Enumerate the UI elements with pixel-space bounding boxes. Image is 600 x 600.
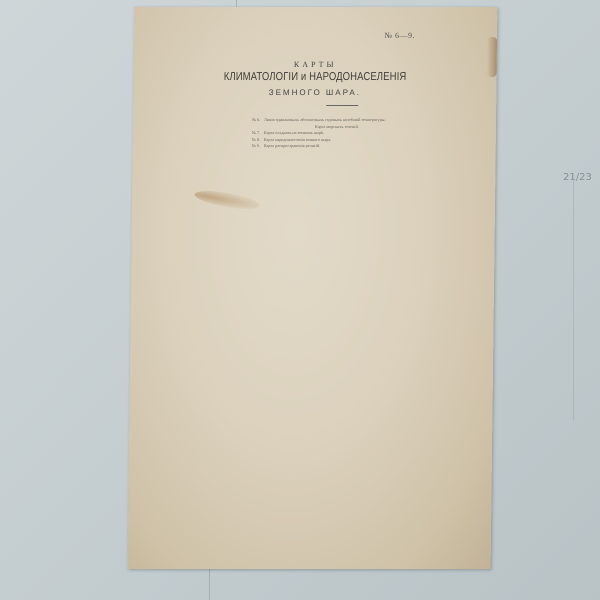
edge-stain — [487, 37, 497, 77]
contents-item: № 9.Карта распространенія религій. — [252, 143, 386, 150]
title-line-3: ЗЕМНОГО ШАРА. — [133, 88, 496, 97]
background-grid-line — [209, 569, 210, 600]
title-line-2: КЛИМАТОЛОГІИ и НАРОДОНАСЕЛЕНІЯ — [166, 71, 464, 83]
document-number: № 6—9. — [384, 31, 415, 40]
contents-list: № 6.Линіи одинаковыхъ абсолютныхъ годовы… — [252, 117, 386, 150]
divider-rule — [326, 105, 358, 106]
document-page: № 6—9. КАРТЫ КЛИМАТОЛОГІИ и НАРОДОНАСЕЛЕ… — [128, 7, 498, 569]
title-line-1: КАРТЫ — [134, 60, 497, 69]
background-grid-line — [573, 180, 574, 420]
pencil-note: 21/23 — [563, 172, 592, 183]
water-stain — [193, 187, 260, 212]
